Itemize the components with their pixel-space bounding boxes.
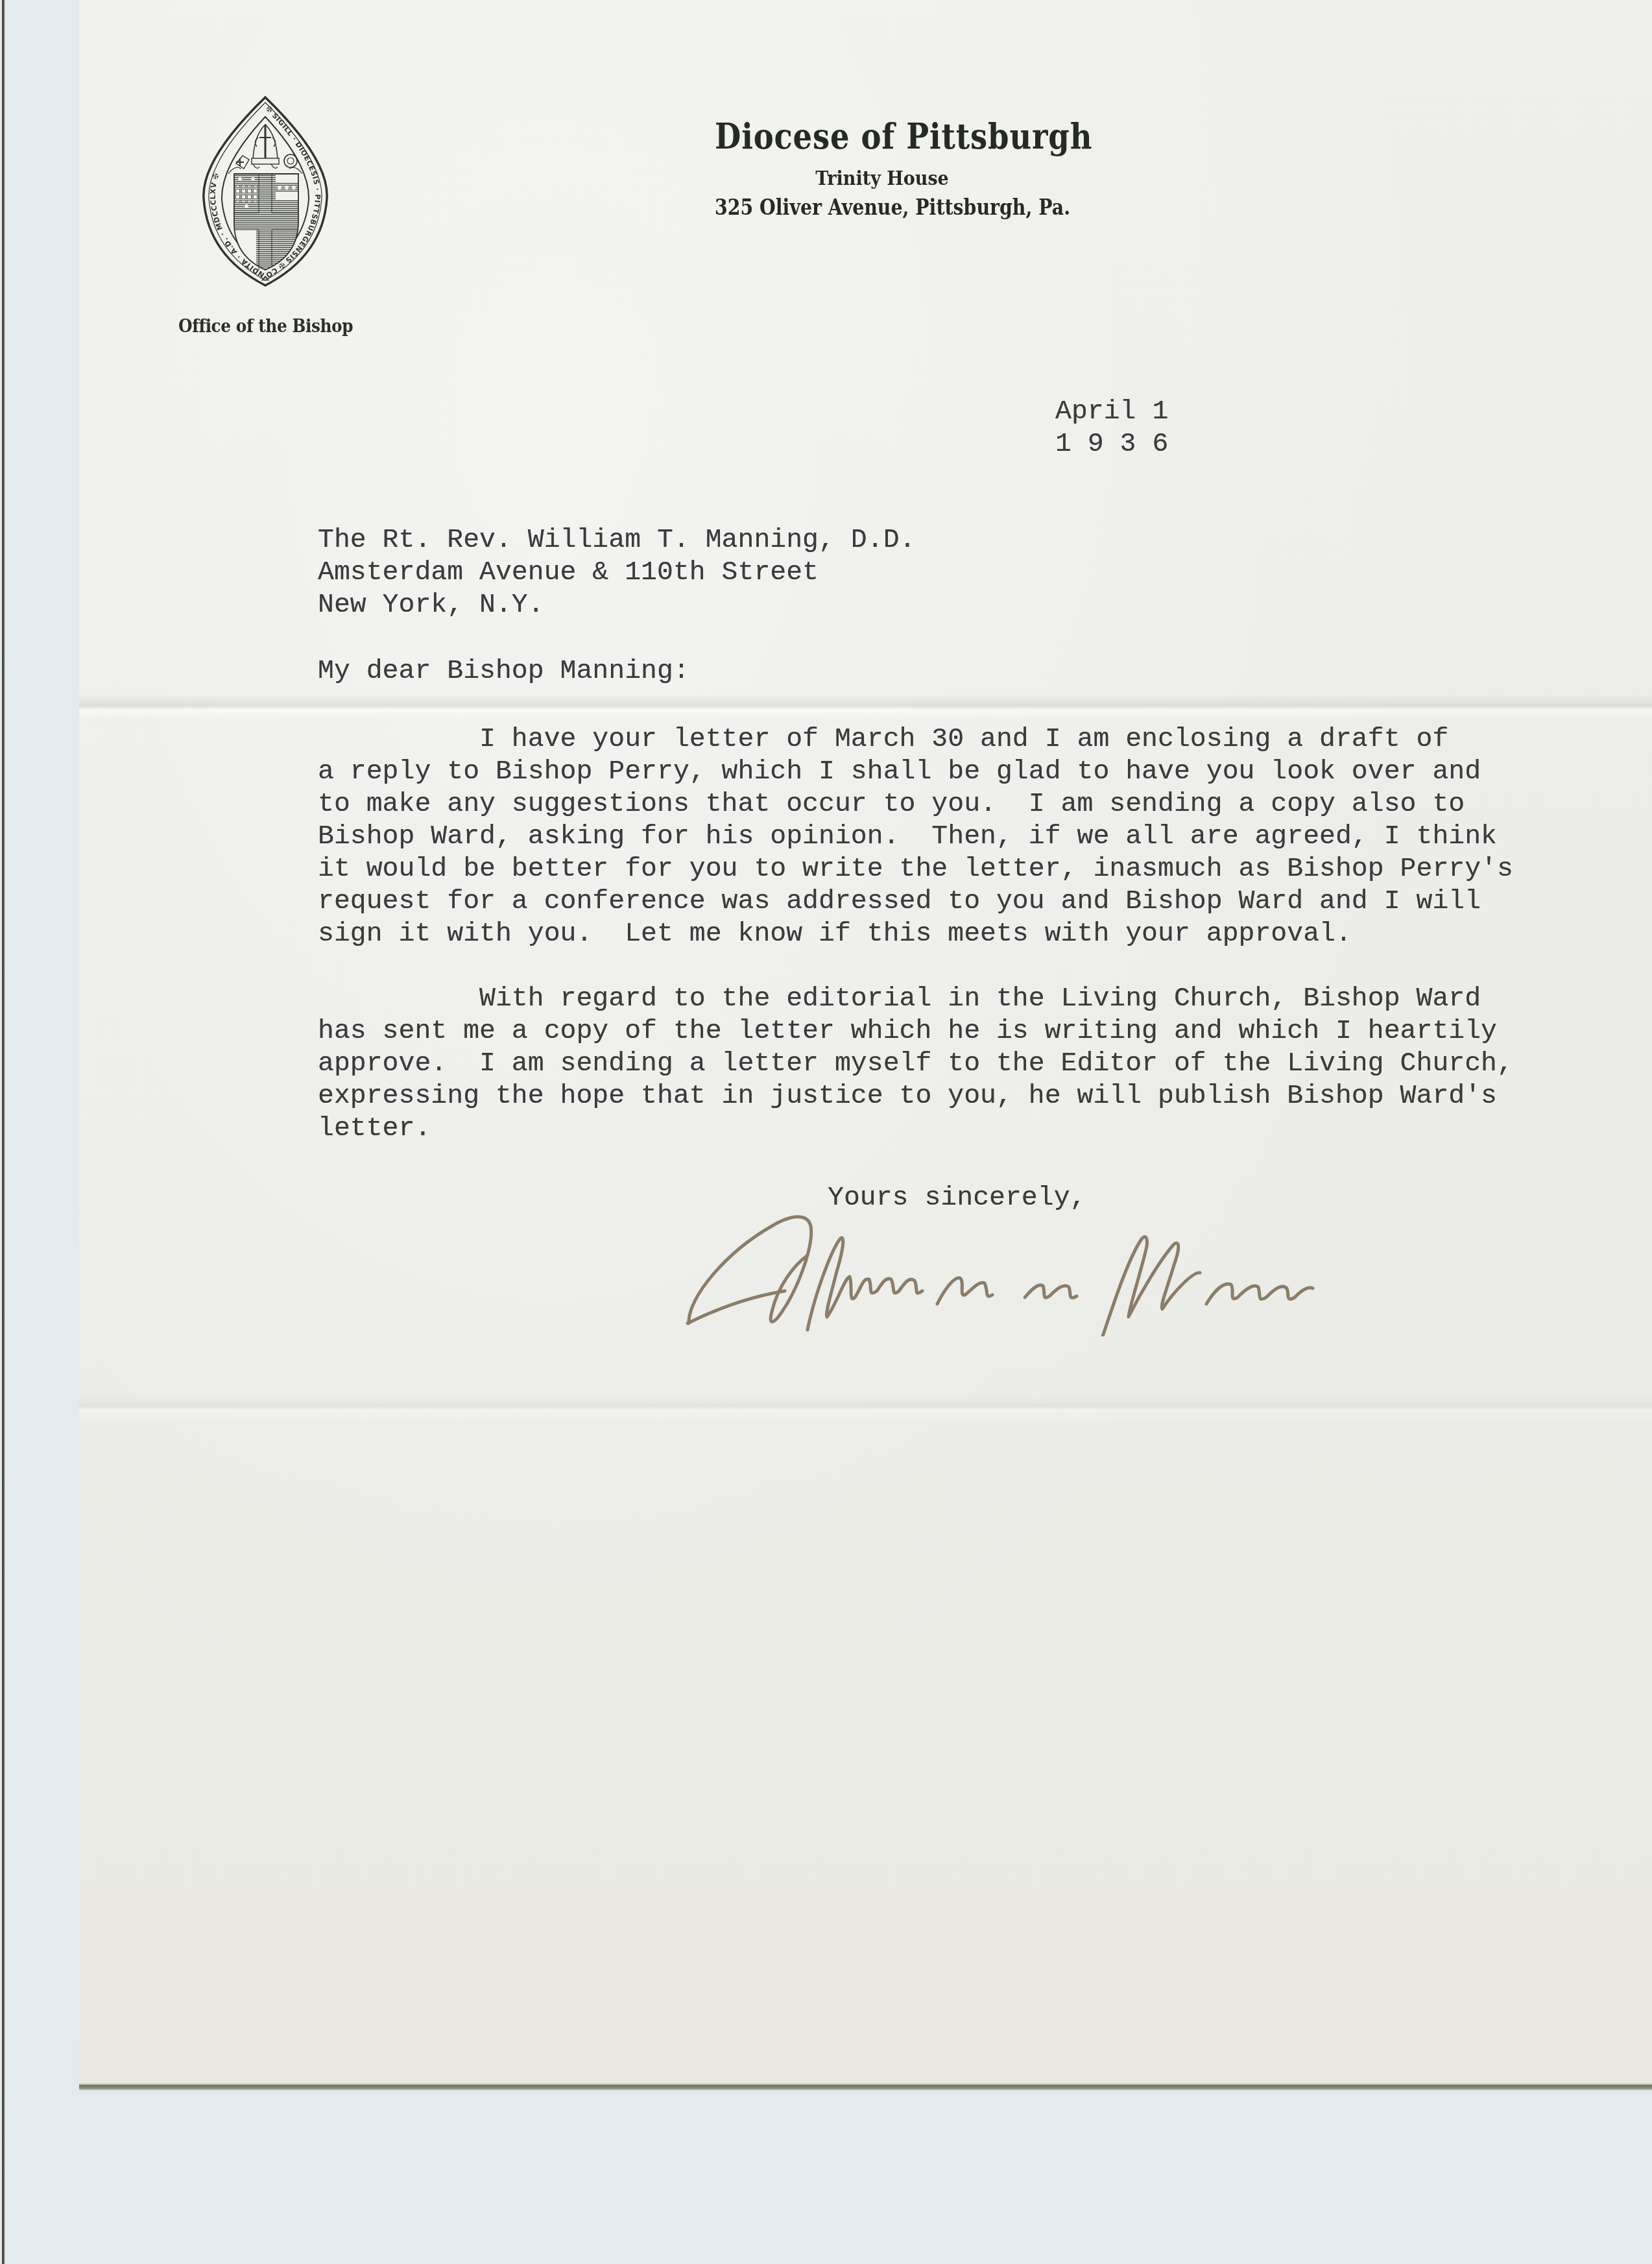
recipient-city: New York, N.Y. <box>318 589 915 621</box>
inside-address: The Rt. Rev. William T. Manning, D.D.Ams… <box>318 524 915 621</box>
scanner-edge <box>2 0 5 2264</box>
body-paragraph-2: With regard to the editorial in the Livi… <box>318 983 1513 1145</box>
date-month-day: April 1 <box>1055 396 1168 428</box>
paragraph-line: has sent me a copy of the letter which h… <box>318 1015 1513 1048</box>
paragraph-line: letter. <box>318 1113 1513 1145</box>
recipient-street: Amsterdam Avenue & 110th Street <box>318 557 915 589</box>
letterhead-address: 325 Oliver Avenue, Pittsburgh, Pa. <box>715 195 1049 220</box>
paragraph-line: request for a conference was addressed t… <box>318 885 1513 918</box>
paragraph-line: a reply to Bishop Perry, which I shall b… <box>318 756 1513 788</box>
fold-line <box>79 1395 1652 1421</box>
date-year: 1 9 3 6 <box>1055 428 1168 461</box>
letterhead-title: Diocese of Pittsburgh <box>715 115 1049 157</box>
paragraph-line: sign it with you. Let me know if this me… <box>318 918 1513 950</box>
paragraph-line: With regard to the editorial in the Livi… <box>318 983 1513 1015</box>
paper-edge-shadow <box>79 2085 1652 2091</box>
letterhead-subtitle: Trinity House <box>707 167 1057 190</box>
paragraph-line: Bishop Ward, asking for his opinion. The… <box>318 821 1513 853</box>
paragraph-line: approve. I am sending a letter myself to… <box>318 1048 1513 1080</box>
paragraph-line: I have your letter of March 30 and I am … <box>318 723 1513 756</box>
letter-date: April 11 9 3 6 <box>1055 396 1168 461</box>
paragraph-line: to make any suggestions that occur to yo… <box>318 788 1513 821</box>
fold-line <box>79 694 1652 720</box>
paragraph-line: it would be better for you to write the … <box>318 853 1513 885</box>
salutation: My dear Bishop Manning: <box>318 655 689 688</box>
office-of-the-bishop-label: Office of the Bishop <box>178 317 353 337</box>
paragraph-line: expressing the hope that in justice to y… <box>318 1080 1513 1113</box>
signature: Alexander Mann <box>675 1200 1492 1336</box>
body-paragraph-1: I have your letter of March 30 and I am … <box>318 723 1513 950</box>
diocesan-seal-icon: ✠ SIGILL · DIOECESIS · PITTSBURGENSIS ✠ … <box>200 95 331 288</box>
recipient-name: The Rt. Rev. William T. Manning, D.D. <box>318 524 915 557</box>
